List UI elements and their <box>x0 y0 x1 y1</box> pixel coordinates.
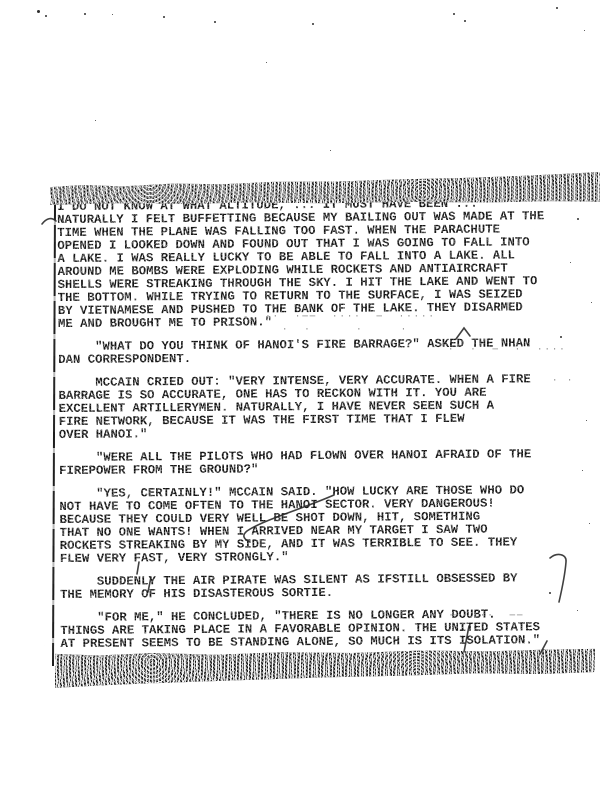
paragraph: MCCAIN CRIED OUT: "VERY INTENSE, VERY AC… <box>58 373 568 442</box>
pen-dashes-after-prison: - ·· ·── ···· ─ ····· <box>243 313 436 322</box>
dust-speck <box>577 218 579 220</box>
dust-speck <box>556 7 558 9</box>
document-text: I DO NOT KNOW AT WHAT ALTITUDE, ... IT M… <box>57 197 571 661</box>
paragraph: I DO NOT KNOW AT WHAT ALTITUDE, ... IT M… <box>57 197 568 331</box>
dust-speck <box>560 336 562 338</box>
text-line: OVER HANOI." <box>59 425 569 442</box>
scanned-document-page: I DO NOT KNOW AT WHAT ALTITUDE, ... IT M… <box>0 0 600 788</box>
dust-speck <box>95 120 96 121</box>
scan-noise-band-bottom <box>55 648 595 690</box>
scan-noise-band-top <box>50 171 600 206</box>
paragraph: "WERE ALL THE PILOTS WHO HAD FLOWN OVER … <box>59 448 569 478</box>
text-line: FIREPOWER FROM THE GROUND?" <box>59 461 569 478</box>
dust-speck <box>330 150 331 151</box>
dust-speck <box>112 14 113 15</box>
dust-speck <box>214 21 216 23</box>
dust-speck <box>589 523 590 524</box>
dust-speck <box>577 610 578 611</box>
paragraph: SUDDENLY THE AIR PIRATE WAS SILENT AS IF… <box>60 572 570 602</box>
pen-dots-near-nhan: · · ─ · ···· <box>448 346 567 355</box>
dust-speck <box>464 20 466 22</box>
text-line: AT PRESENT SEEMS TO BE STANDING ALONE, S… <box>60 634 570 651</box>
pen-dots-after-accurate: · · <box>552 377 574 386</box>
text-line: FLEW VERY FAST, VERY STRONGLY." <box>60 549 570 566</box>
dust-speck <box>37 10 40 13</box>
dust-speck <box>582 470 583 471</box>
dust-speck <box>453 13 455 15</box>
dust-speck <box>312 23 314 25</box>
dust-speck <box>570 262 571 263</box>
dust-speck <box>266 62 267 63</box>
dust-speck <box>84 13 86 15</box>
scan-edge-line <box>52 204 56 666</box>
pen-dashes-after-prison-2: · · · · <box>282 326 408 335</box>
dust-speck <box>591 302 592 303</box>
dust-speck <box>549 592 551 594</box>
dust-speck <box>163 16 165 18</box>
dust-speck <box>45 15 47 17</box>
text-line: THE MEMORY OF HIS DISASTEROUS SORTIE. <box>60 585 570 602</box>
pen-dots-after-doubt: · ─ ··· ── <box>428 612 524 621</box>
dust-speck <box>586 420 587 421</box>
paragraph: "YES, CERTAINLY!" MCCAIN SAID. "HOW LUCK… <box>59 484 570 566</box>
dust-speck <box>584 30 585 31</box>
